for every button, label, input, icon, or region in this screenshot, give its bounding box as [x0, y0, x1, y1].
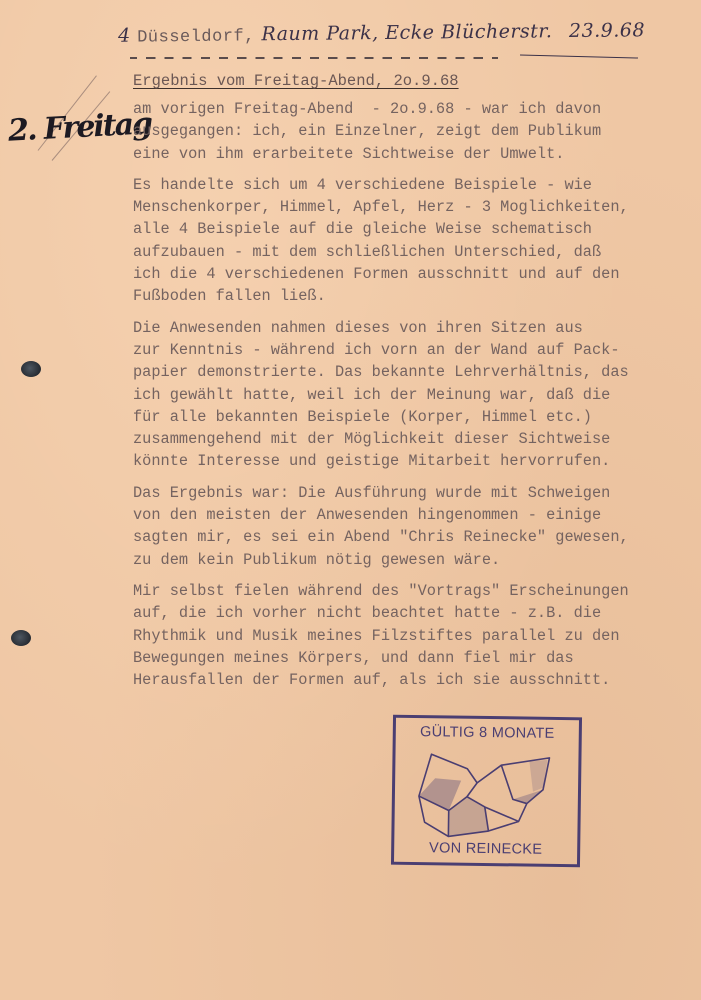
typed-line: zu dem kein Publikum nötig gewesen wäre. — [133, 551, 500, 569]
typed-line: zusammengehend mit der Möglichkeit diese… — [133, 430, 610, 448]
paragraph: Mir selbst fielen während des "Vortrags"… — [133, 580, 633, 691]
paragraph: am vorigen Freitag-Abend - 2o.9.68 - war… — [133, 98, 633, 165]
dashed-divider — [130, 57, 498, 59]
typed-line: Die Anwesenden nahmen dieses von ihren S… — [133, 319, 583, 337]
handwritten-header: 4 Düsseldorf, Raum Park, Ecke Blücherstr… — [118, 19, 645, 48]
header-city: Düsseldorf, — [137, 27, 255, 47]
stamp-top-text: GÜLTIG 8 MONATE — [396, 724, 579, 743]
typed-line: Herausfallen der Formen auf, als ich sie… — [133, 671, 610, 689]
typed-line: papier demonstrierte. Das bekannte Lehrv… — [133, 363, 629, 381]
paragraph: Die Anwesenden nahmen dieses von ihren S… — [133, 317, 633, 473]
pen-underline — [520, 54, 638, 58]
scanned-page: 4 Düsseldorf, Raum Park, Ecke Blücherstr… — [0, 0, 701, 1000]
document-title: Ergebnis vom Freitag-Abend, 2o.9.68 — [133, 72, 459, 90]
typed-line: ausgegangen: ich, ein Einzelner, zeigt d… — [133, 122, 601, 140]
typed-line: eine von ihm erarbeitete Sichtweise der … — [133, 145, 564, 163]
typed-line: zur Kenntnis - während ich vorn an der W… — [133, 341, 620, 359]
margin-note: 2. Freitag — [7, 106, 152, 148]
typed-line: am vorigen Freitag-Abend - 2o.9.68 - war… — [133, 100, 601, 118]
typed-line: Menschenkorper, Himmel, Apfel, Herz - 3 … — [133, 198, 629, 216]
typed-line: für alle bekannten Beispiele (Korper, Hi… — [133, 408, 592, 426]
header-prefix: 4 — [118, 25, 131, 47]
validity-stamp: GÜLTIG 8 MONATE VON REINECKE — [391, 715, 582, 868]
typed-line: Das Ergebnis war: Die Ausführung wurde m… — [133, 484, 610, 502]
open-book-sculpture-icon — [408, 746, 559, 844]
typed-line: aufzubauen - mit dem schließlichen Unter… — [133, 243, 601, 261]
punch-hole — [11, 630, 31, 646]
paragraph: Es handelte sich um 4 verschiedene Beisp… — [133, 174, 633, 308]
body-text: am vorigen Freitag-Abend - 2o.9.68 - war… — [133, 98, 633, 700]
typed-line: auf, die ich vorher nicht beachtet hatte… — [133, 604, 601, 622]
typed-line: alle 4 Beispiele auf die gleiche Weise s… — [133, 220, 592, 238]
typed-line: ich die 4 verschiedenen Formen ausschnit… — [133, 265, 620, 283]
typed-line: von den meisten der Anwesenden hingenomm… — [133, 506, 601, 524]
typed-line: Bewegungen meines Körpers, und dann fiel… — [133, 649, 574, 667]
header-date: 23.9.68 — [569, 19, 645, 42]
typed-line: Es handelte sich um 4 verschiedene Beisp… — [133, 176, 592, 194]
typed-line: ich gewählt hatte, weil ich der Meinung … — [133, 386, 610, 404]
typed-line: Rhythmik und Musik meines Filzstiftes pa… — [133, 627, 620, 645]
typed-line: Mir selbst fielen während des "Vortrags"… — [133, 582, 629, 600]
punch-hole — [21, 361, 41, 377]
paragraph: Das Ergebnis war: Die Ausführung wurde m… — [133, 482, 633, 571]
header-location: Raum Park, Ecke Blücherstr. — [261, 20, 552, 45]
typed-line: könnte Interesse und geistige Mitarbeit … — [133, 452, 610, 470]
stamp-bottom-text: VON REINECKE — [394, 840, 577, 859]
typed-line: Fußboden fallen ließ. — [133, 287, 326, 305]
typed-line: sagten mir, es sei ein Abend "Chris Rein… — [133, 528, 629, 546]
